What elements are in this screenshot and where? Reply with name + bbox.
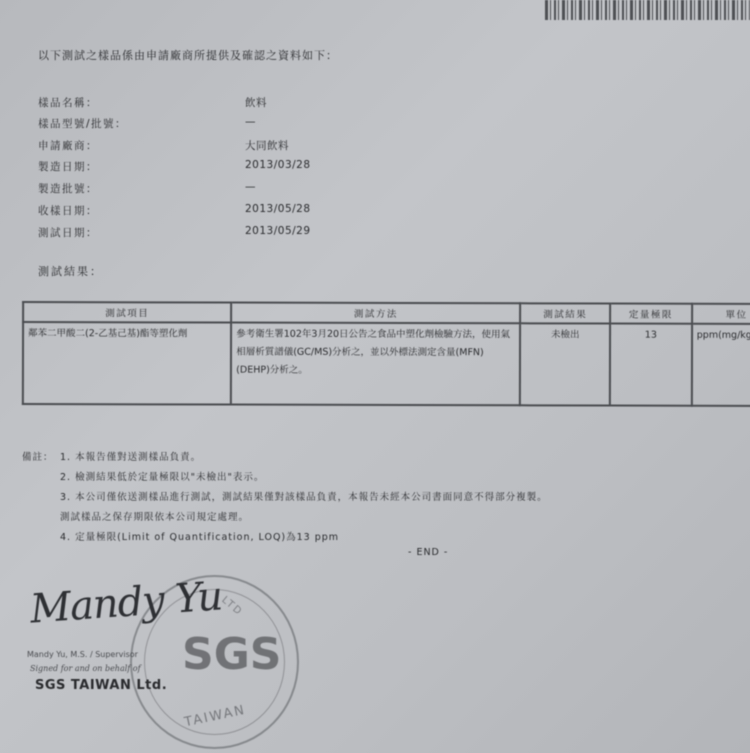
notes-list: 1. 本報告僅對送測樣品負責。 2. 檢測結果低於定量極限以"未檢出"表示。 3…: [22, 448, 700, 548]
field-value-lot: —: [245, 181, 256, 193]
field-label-test-date: 測試日期：: [38, 225, 98, 240]
cell-test-item: 鄰苯二甲酸二(2-乙基己基)酯等塑化劑: [23, 322, 231, 405]
cell-limit: 13: [610, 324, 692, 406]
note-item: 4. 定量極限(Limit of Quantification, LOQ)為13…: [60, 528, 700, 548]
field-value-model: —: [245, 116, 256, 128]
field-label-lot: 製造批號：: [38, 181, 98, 196]
signed-on-behalf: Signed for and on behalf of: [30, 664, 141, 673]
header-unit: 單位: [692, 304, 750, 324]
note-item: 2. 檢測結果低於定量極限以"未檢出"表示。: [60, 468, 700, 488]
note-item: 3. 本公司僅依送測樣品進行測試，測試結果僅對該樣品負責，本報告未經本公司書面同…: [60, 488, 700, 508]
signer-name: Mandy Yu, M.S. / Supervisor: [27, 650, 138, 659]
field-value-test-date: 2013/05/29: [245, 225, 311, 237]
header-test-item: 測試項目: [23, 302, 231, 323]
header-test-method: 測試方法: [231, 303, 520, 324]
cell-unit: ppm(mg/kg): [692, 324, 750, 406]
note-item: 1. 本報告僅對送測樣品負責。: [60, 448, 700, 468]
field-label-manufacture-date: 製造日期：: [38, 159, 98, 174]
table-header-row: 測試項目 測試方法 測試結果 定量極限 單位: [23, 302, 750, 324]
field-value-manufacture-date: 2013/03/28: [245, 159, 311, 171]
cell-test-result: 未檢出: [520, 323, 610, 405]
header-limit: 定量極限: [610, 304, 692, 324]
result-heading: 測試結果：: [38, 263, 103, 279]
barcode: [545, 0, 750, 20]
company-name: SGS TAIWAN Ltd.: [35, 678, 167, 693]
header-test-result: 測試結果: [521, 303, 611, 323]
field-label-sample-name: 樣品名稱：: [38, 95, 98, 110]
field-value-applicant: 大同飲料: [245, 138, 289, 153]
table-row: 鄰苯二甲酸二(2-乙基己基)酯等塑化劑 參考衛生署102年3月20日公告之食品中…: [23, 322, 750, 406]
intro-text: 以下測試之樣品係由申請廠商所提供及確認之資料如下：: [38, 47, 338, 63]
field-label-applicant: 申請廠商：: [38, 138, 98, 153]
end-mark: - END -: [408, 547, 448, 558]
field-label-received-date: 收樣日期：: [38, 203, 98, 218]
cell-test-method: 參考衛生署102年3月20日公告之食品中塑化劑檢驗方法，使用氣相層析質譜儀(GC…: [231, 323, 520, 406]
sgs-logo-icon: SGS: [182, 629, 282, 680]
field-label-model: 樣品型號/批號：: [38, 116, 127, 131]
field-value-sample-name: 飲料: [245, 95, 267, 110]
notes-section: 備註： 1. 本報告僅對送測樣品負責。 2. 檢測結果低於定量極限以"未檢出"表…: [22, 448, 700, 548]
notes-label: 備註：: [22, 448, 54, 468]
field-value-received-date: 2013/05/28: [245, 203, 311, 215]
note-item: 測試樣品之保存期限依本公司規定處理。: [60, 508, 700, 528]
result-table: 測試項目 測試方法 測試結果 定量極限 單位 鄰苯二甲酸二(2-乙基己基)酯等塑…: [22, 301, 750, 407]
